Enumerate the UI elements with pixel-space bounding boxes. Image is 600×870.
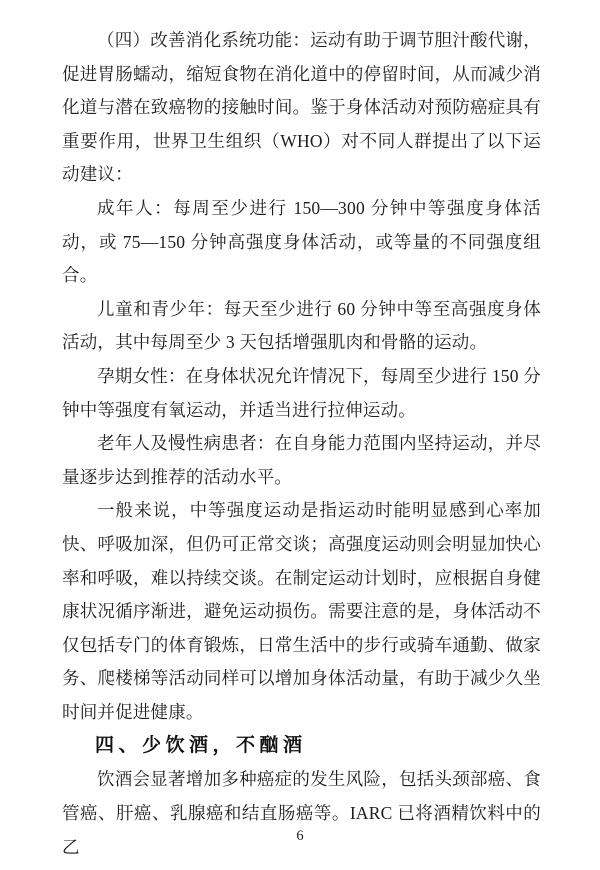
paragraph-elderly-chronic-recommendation: 老年人及慢性病患者：在自身能力范围内坚持运动，并尽量逐步达到推荐的活动水平。 <box>62 427 541 494</box>
paragraph-pregnant-women-recommendation: 孕期女性：在身体状况允许情况下，每周至少进行 150 分钟中等强度有氧运动，并适… <box>62 360 541 427</box>
page-number: 6 <box>0 828 600 845</box>
section-heading-less-alcohol: 四、少饮酒，不酗酒 <box>62 729 541 763</box>
paragraph-children-teens-recommendation: 儿童和青少年：每天至少进行 60 分钟中等至高强度身体活动，其中每周至少 3 天… <box>62 293 541 360</box>
paragraph-alcohol-cancer-risk: 饮酒会显著增加多种癌症的发生风险，包括头颈部癌、食管癌、肝癌、乳腺癌和结直肠癌等… <box>62 763 541 864</box>
text-block: （四）改善消化系统功能：运动有助于调节胆汁酸代谢，促进胃肠蠕动，缩短食物在消化道… <box>62 24 541 864</box>
paragraph-intensity-explanation: 一般来说，中等强度运动是指运动时能明显感到心率加快、呼吸加深，但仍可正常交谈；高… <box>62 494 541 729</box>
paragraph-adults-recommendation: 成年人：每周至少进行 150—300 分钟中等强度身体活动，或 75—150 分… <box>62 192 541 293</box>
document-page: （四）改善消化系统功能：运动有助于调节胆汁酸代谢，促进胃肠蠕动，缩短食物在消化道… <box>0 0 600 870</box>
paragraph-digestive-system-function: （四）改善消化系统功能：运动有助于调节胆汁酸代谢，促进胃肠蠕动，缩短食物在消化道… <box>62 24 541 192</box>
